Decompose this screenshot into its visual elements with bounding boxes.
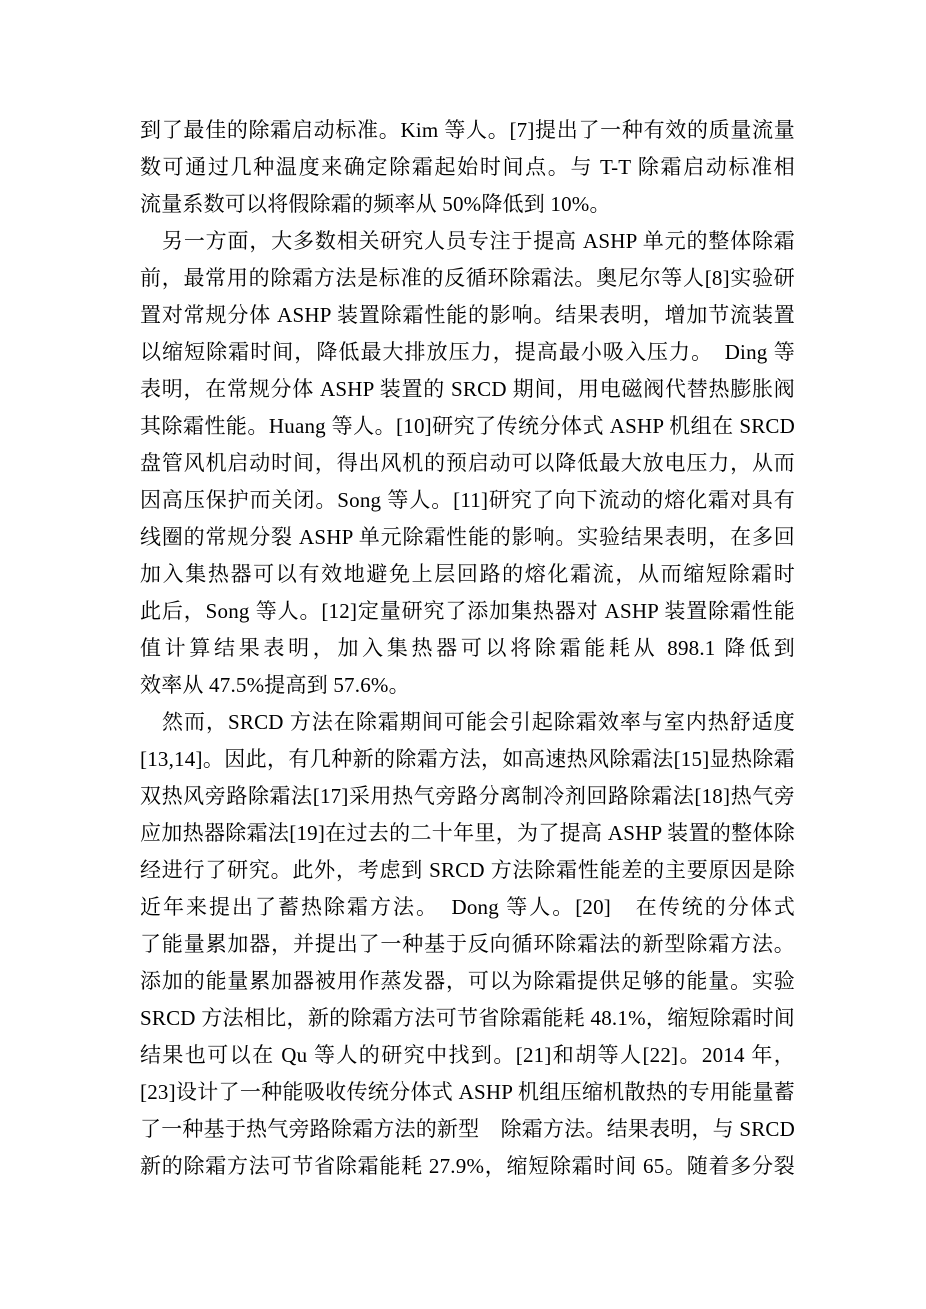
text-line: 置对常规分体 ASHP 装置除霜性能的影响。结果表明，增加节流装置的孔板直径可 (140, 297, 795, 334)
text-line: 结果也可以在 Qu 等人的研究中找到。[21]和胡等人[22]。2014 年，Z… (140, 1037, 795, 1074)
text-line: 以缩短除霜时间，降低最大排放压力，提高最小吸入压力。 Ding 等人。[9]结果 (140, 334, 795, 371)
text-line: 新的除霜方法可节省除霜能耗 27.9%，缩短除霜时间 65。随着多分裂 ASHP… (140, 1148, 795, 1185)
text-line: [23]设计了一种能吸收传统分体式 ASHP 机组压缩机散热的专用能量蓄能器，提… (140, 1074, 795, 1111)
text-line: 线圈的常规分裂 ASHP 单元除霜性能的影响。实验结果表明，在多回路室外盘管中 (140, 519, 795, 556)
text-line: 此后，Song 等人。[12]定量研究了添加集热器对 ASHP 装置除霜性能的影… (140, 593, 795, 630)
text-line: 因高压保护而关闭。Song 等人。[11]研究了向下流动的熔化霜对具有多回路室外 (140, 482, 795, 519)
text-line: 应加热器除霜法[19]在过去的二十年里，为了提高 ASHP 装置的整体除霜性能，… (140, 815, 795, 852)
paragraph-2: 另一方面，大多数相关研究人员专注于提高 ASHP 单元的整体除霜性能。 目 前，… (140, 223, 795, 704)
text-line: 添加的能量累加器被用作蒸发器，可以为除霜提供足够的能量。实验结果表明，与 (140, 963, 795, 1000)
text-line: 了一种基于热气旁路除霜方法的新型 除霜方法。结果表明，与 SRCD 方法相比， (140, 1111, 795, 1148)
text-line: 盘管风机启动时间，得出风机的预启动可以降低最大放电压力，从而保护系统不 (140, 445, 795, 482)
text-line: 到了最佳的除霜启动标准。Kim 等人。[7]提出了一种有效的质量流量系数，该系 (140, 112, 795, 149)
paragraph-3: 然而，SRCD 方法在除霜期间可能会引起除霜效率与室内热舒适度之间的矛盾 [13… (140, 704, 795, 1185)
document-page: 到了最佳的除霜启动标准。Kim 等人。[7]提出了一种有效的质量流量系数，该系 … (0, 0, 926, 1309)
text-line: 效率从 47.5%提高到 57.6%。 (140, 667, 795, 704)
text-line: 双热风旁路除霜法[17]采用热气旁路分离制冷剂回路除霜法[18]热气旁路采用感 (140, 778, 795, 815)
text-line: 数可通过几种温度来确定除霜起始时间点。与 T-T 除霜启动标准相比，有效的 MA… (140, 149, 795, 186)
text-line: 加入集热器可以有效地避免上层回路的熔化霜流，从而缩短除霜时间，降低能耗。 (140, 556, 795, 593)
text-line: 流量系数可以将假除霜的频率从 50%降低到 10%。 (140, 186, 795, 223)
text-line: SRCD 方法相比，新的除霜方法可节省除霜能耗 48.1%，缩短除霜时间 60。… (140, 1000, 795, 1037)
text-line: [13,14]。因此，有几种新的除霜方法，如高速热风除霜法[15]显热除霜法[1… (140, 741, 795, 778)
paragraph-1: 到了最佳的除霜启动标准。Kim 等人。[7]提出了一种有效的质量流量系数，该系 … (140, 112, 795, 223)
text-line: 表明，在常规分体 ASHP 装置的 SRCD 期间，用电磁阀代替热膨胀阀可以显著… (140, 371, 795, 408)
text-line: 值计算结果表明，加入集热器可以将除霜能耗从 898.1 降低到 727.5kJ，… (140, 630, 795, 667)
text-line: 了能量累加器，并提出了一种基于反向循环除霜法的新型除霜方法。在除霜期间， (140, 926, 795, 963)
text-line: 前，最常用的除霜方法是标准的反循环除霜法。奥尼尔等人[8]实验研究了节流装 (140, 260, 795, 297)
text-line: 然而，SRCD 方法在除霜期间可能会引起除霜效率与室内热舒适度之间的矛盾 (140, 704, 795, 741)
text-line: 近年来提出了蓄热除霜方法。 Dong 等人。[20] 在传统的分体式 ASHP … (140, 889, 795, 926)
text-line: 经进行了研究。此外，考虑到 SRCD 方法除霜性能差的主要原因是除霜能量不足， (140, 852, 795, 889)
text-line: 其除霜性能。Huang 等人。[10]研究了传统分体式 ASHP 机组在 SRC… (140, 408, 795, 445)
text-line: 另一方面，大多数相关研究人员专注于提高 ASHP 单元的整体除霜性能。 目 (140, 223, 795, 260)
document-text-block: 到了最佳的除霜启动标准。Kim 等人。[7]提出了一种有效的质量流量系数，该系 … (140, 112, 795, 1185)
